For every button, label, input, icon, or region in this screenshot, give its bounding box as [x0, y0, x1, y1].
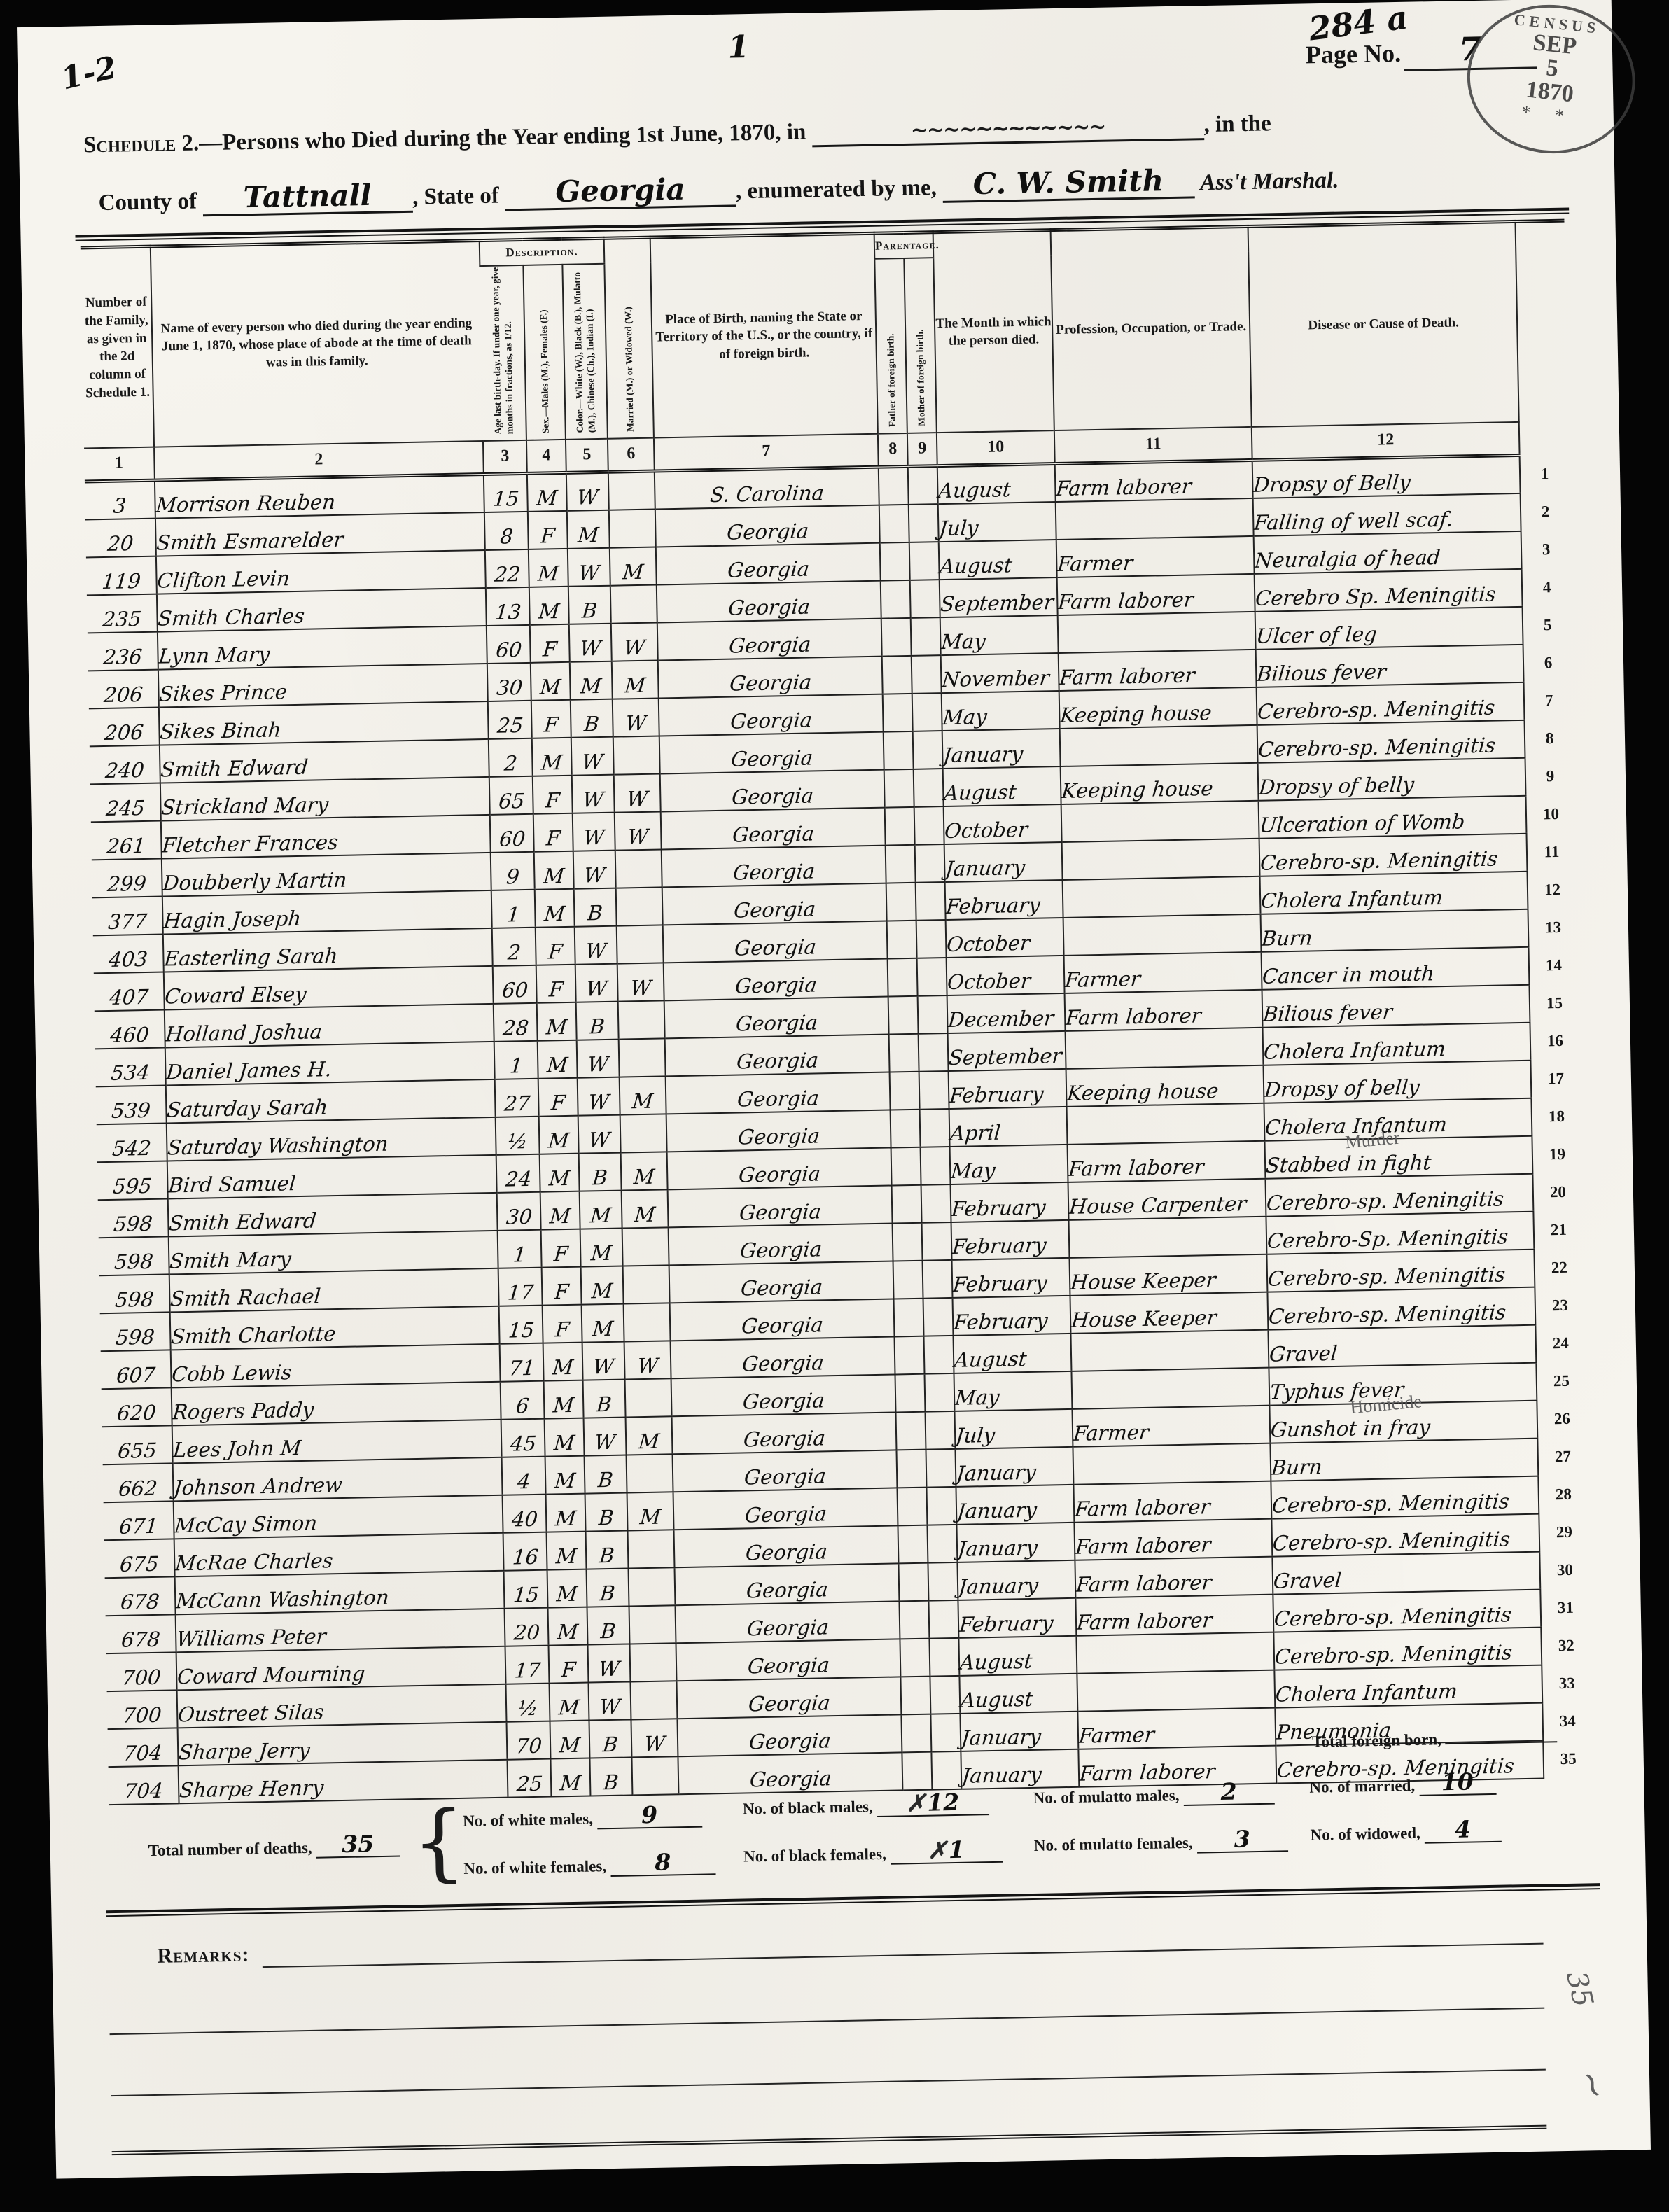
cell-sex: F	[533, 813, 573, 851]
cell-sex-text: F	[548, 977, 564, 1001]
cell-family-text: 206	[104, 720, 144, 744]
cell-marital	[629, 1567, 676, 1606]
cell-marital-text: W	[624, 710, 648, 735]
cell-line-number: 27	[1537, 1437, 1587, 1476]
margin-pencil-scribble-2: ~	[1567, 2063, 1618, 2106]
cell-birthplace-text: Georgia	[739, 1237, 823, 1262]
cell-cause-text: Cerebro Sp. Meningitis	[1255, 582, 1497, 610]
cell-month-text: February	[949, 1081, 1045, 1107]
cell-sex-text: M	[557, 1619, 580, 1644]
cell-line-number: 20	[1532, 1172, 1582, 1211]
cell-family-text: 542	[111, 1135, 152, 1160]
cell-color: W	[578, 1114, 621, 1153]
cell-cause: Stabbed in fightMurder	[1265, 1135, 1533, 1178]
cell-line-number: 30	[1539, 1550, 1589, 1589]
cell-birthplace-text: Georgia	[736, 1123, 820, 1149]
cell-line-number: 33	[1542, 1664, 1591, 1702]
cell-occupation	[1066, 1027, 1264, 1068]
cell-birthplace: Georgia	[656, 542, 881, 584]
cell-marital-text: W	[627, 824, 650, 848]
cell-name-text: Sikes Binah	[159, 717, 282, 743]
black-males-scribble: ✗	[906, 1789, 921, 1816]
cell-age-text: 27	[503, 1091, 531, 1115]
cell-month-text: August	[943, 780, 1017, 805]
cell-cause-text: Cerebro-sp. Meningitis	[1257, 695, 1496, 723]
cell-name-text: Smith Charlotte	[170, 1322, 337, 1348]
cell-name: Fletcher Frances	[161, 814, 491, 858]
cell-father-fb	[887, 920, 917, 958]
col-head-father: Father of foreign birth.	[874, 258, 907, 433]
scanned-film-background: 1-2 1 284 a Page No. 7 CENSUS SEP 5 1870…	[0, 0, 1669, 2212]
mulatto-males-value: 2	[1220, 1778, 1237, 1805]
cell-mother-fb	[917, 958, 947, 996]
cell-color: W	[587, 1644, 630, 1682]
cell-cause-text: Neuralgia of head	[1254, 545, 1441, 572]
cell-name-text: Fletcher Frances	[161, 829, 340, 857]
cell-cause: Cerebro-sp. Meningitis	[1271, 1476, 1539, 1518]
cell-family-text: 678	[120, 1627, 161, 1651]
cell-birthplace-text: Georgia	[738, 1199, 822, 1224]
cell-color: W	[575, 925, 617, 964]
cell-marital-text: W	[623, 635, 646, 659]
cell-marital	[629, 1605, 676, 1644]
cell-birthplace: Georgia	[669, 1261, 894, 1303]
cell-father-fb	[898, 1562, 928, 1601]
county-label: County of	[98, 188, 197, 216]
cell-family: 671	[104, 1501, 174, 1540]
cell-age-text: 2	[507, 940, 522, 964]
cell-birthplace-text: Georgia	[746, 1615, 830, 1640]
cell-line-number: 28	[1538, 1475, 1588, 1513]
cell-age-text: 60	[498, 826, 526, 850]
cell-birthplace-text: Georgia	[740, 1312, 824, 1338]
cell-father-fb	[881, 580, 911, 618]
cell-month: February	[952, 1257, 1070, 1297]
cell-occupation: Farm laborer	[1074, 1518, 1272, 1560]
cell-color: W	[575, 963, 618, 1002]
cell-marital	[613, 736, 660, 774]
cell-occupation-text: Farmer	[1064, 966, 1142, 991]
cell-name: McCay Simon	[174, 1494, 503, 1539]
cell-age-text: 30	[495, 675, 523, 700]
cell-occupation	[1069, 1216, 1267, 1257]
cell-occupation-text: House Keeper	[1070, 1305, 1217, 1332]
cell-family: 655	[102, 1425, 173, 1464]
cell-month-text: January	[956, 1459, 1038, 1485]
cell-father-fb	[884, 731, 914, 769]
cell-family: 595	[97, 1161, 168, 1200]
cell-color: B	[583, 1379, 626, 1417]
cell-month-text: February	[952, 1270, 1048, 1296]
cell-birthplace: Georgia	[657, 580, 881, 622]
line-number-text: 25	[1553, 1371, 1570, 1389]
line-number-text: 4	[1543, 578, 1551, 596]
cell-father-fb	[895, 1373, 926, 1412]
cell-name: Smith Charles	[157, 587, 487, 631]
line-number-margin	[1516, 220, 1569, 455]
cell-line-number: 7	[1524, 681, 1574, 720]
cell-cause: Cerebro-sp. Meningitis	[1257, 682, 1525, 724]
black-females-label: No. of black females,	[743, 1845, 886, 1865]
col-head-married: Married (M.) or Widowed (W.)	[604, 237, 654, 438]
cell-name-text: McCann Washington	[175, 1585, 390, 1613]
cell-marital	[624, 1303, 671, 1341]
cell-name-text: Smith Mary	[169, 1247, 292, 1273]
cell-color-text: W	[585, 938, 608, 962]
white-males-label: No. of white males,	[463, 1809, 593, 1829]
cell-marital: M	[621, 1151, 668, 1190]
cell-occupation	[1061, 800, 1259, 841]
cell-line-number: 11	[1527, 832, 1577, 871]
cell-family: 240	[90, 745, 160, 784]
widowed-label: No. of widowed,	[1310, 1824, 1420, 1844]
black-females-scribble: ✗	[928, 1836, 943, 1863]
cell-color-text: M	[592, 1316, 615, 1340]
county-value: Tattnall	[243, 178, 372, 214]
cell-age: 60	[487, 624, 531, 663]
col-num-6: 6	[608, 437, 655, 472]
cell-family: 261	[91, 820, 162, 860]
cell-birthplace-text: Georgia	[726, 519, 810, 544]
cell-age: 2	[492, 927, 536, 965]
cell-age: 22	[485, 549, 529, 587]
cell-name-text: Smith Esmarelder	[155, 527, 344, 554]
line-number-text: 9	[1546, 767, 1555, 785]
cell-color-text: B	[583, 712, 600, 736]
cell-cause-text: Cholera Infantum	[1260, 885, 1444, 912]
white-females: No. of white females, 8	[463, 1853, 715, 1879]
cell-color-text: B	[598, 1505, 615, 1529]
cell-family: 607	[101, 1350, 172, 1389]
cell-marital: M	[626, 1416, 673, 1455]
cell-sex-text: F	[542, 637, 558, 661]
cell-line-number: 10	[1526, 794, 1576, 833]
cell-name: Saturday Sarah	[166, 1079, 496, 1123]
cell-age-text: 71	[508, 1355, 536, 1380]
cell-age: 8	[484, 511, 529, 549]
total-deaths-value: 35	[342, 1830, 375, 1858]
cell-month-text: December	[947, 1006, 1055, 1032]
cell-occupation-text: Farm laborer	[1057, 587, 1194, 614]
cell-birthplace: Georgia	[662, 845, 886, 887]
cell-cause: Cerebro-sp. Meningitis	[1266, 1249, 1535, 1291]
cell-age-text: 1	[506, 902, 521, 926]
cell-color: B	[576, 1001, 619, 1039]
cell-age-text: 24	[504, 1166, 532, 1191]
cell-father-fb	[888, 995, 919, 1034]
cell-line-number: 16	[1530, 1021, 1579, 1060]
cell-marital	[623, 1265, 670, 1303]
cell-father-fb	[884, 769, 914, 807]
cell-family-text: 3	[112, 493, 127, 517]
cell-month-text: January	[942, 741, 1024, 766]
cell-cause-text: Ulceration of Womb	[1259, 809, 1466, 836]
cell-birthplace: Georgia	[657, 618, 882, 660]
cell-name-text: McRae Charles	[174, 1548, 334, 1575]
cell-marital	[619, 1038, 666, 1077]
cell-sex-text: F	[561, 1657, 577, 1681]
cell-birthplace: Georgia	[665, 1034, 890, 1076]
cell-color-text: W	[588, 1127, 611, 1151]
cell-color: M	[581, 1266, 624, 1304]
col-head-married-text: Married (M.) or Widowed (W.)	[622, 307, 636, 432]
cell-birthplace-text: Georgia	[730, 745, 814, 771]
cell-sex-text: M	[539, 675, 562, 699]
cell-line-number: 8	[1525, 719, 1574, 757]
col-head-cause: Disease or Cause of Death.	[1248, 221, 1519, 426]
line-number-text: 35	[1560, 1749, 1577, 1767]
cell-birthplace-text: Georgia	[748, 1728, 832, 1753]
cell-month: August	[937, 464, 1056, 504]
cell-month: February	[945, 879, 1063, 919]
cell-father-fb	[886, 882, 916, 920]
cell-birthplace-text: Georgia	[732, 897, 816, 922]
cell-sex-text: M	[556, 1581, 579, 1606]
cell-birthplace: Georgia	[671, 1336, 895, 1378]
cell-color: B	[574, 888, 617, 926]
cell-month-text: January	[944, 855, 1026, 880]
cell-name-text: Daniel James H.	[165, 1057, 333, 1084]
cell-name-text: Johnson Andrew	[173, 1472, 344, 1499]
cell-family-text: 240	[104, 757, 145, 782]
cell-occupation-text: Farm laborer	[1076, 1608, 1213, 1634]
cell-cause-text: Dropsy of belly	[1264, 1074, 1421, 1101]
cell-sex: M	[531, 661, 571, 700]
cell-occupation: Keeping house	[1066, 1065, 1264, 1106]
col-num-9: 9	[907, 433, 937, 467]
cell-family: 407	[94, 972, 165, 1011]
cell-marital	[630, 1643, 677, 1681]
cell-cause-text: Gravel	[1269, 1340, 1339, 1366]
col-head-sex-text: Sex.—Males (M.), Females (F.)	[538, 309, 552, 433]
cell-birthplace-text: Georgia	[734, 972, 818, 997]
cell-mother-fb	[919, 1070, 949, 1109]
top-tick-mark: 1	[727, 29, 750, 66]
cell-month: May	[942, 691, 1060, 731]
cell-name-text: Smith Edward	[168, 1208, 317, 1235]
cell-mother-fb	[913, 731, 943, 769]
cell-occupation	[1077, 1669, 1275, 1711]
cell-name-text: Easterling Sarah	[163, 943, 339, 970]
cell-color: B	[568, 585, 611, 624]
cell-family-text: 377	[107, 909, 148, 933]
marshal-label: Ass't Marshal.	[1200, 168, 1339, 196]
cell-cause-text: Ulcer of leg	[1255, 622, 1378, 647]
cell-birthplace: Georgia	[660, 769, 885, 811]
cell-occupation: Farm laborer	[1068, 1140, 1266, 1182]
cell-sex-text: M	[537, 561, 560, 586]
cell-cause-text: Stabbed in fight	[1265, 1150, 1432, 1177]
cell-birthplace: S. Carolina	[655, 467, 879, 509]
line-number-text: 13	[1545, 918, 1561, 935]
col-num-5: 5	[566, 438, 608, 472]
enumerated-label: , enumerated by me,	[736, 175, 937, 204]
cell-name: Smith Charlotte	[170, 1305, 500, 1350]
cell-color-text: B	[581, 598, 598, 622]
state-label: , State of	[412, 183, 499, 210]
cell-occupation-text: Keeping house	[1061, 776, 1214, 802]
cell-birthplace-text: Georgia	[737, 1161, 821, 1186]
cell-color-text: W	[578, 560, 601, 584]
cell-birthplace: Georgia	[668, 1185, 893, 1227]
cell-sex-text: M	[549, 1203, 572, 1228]
pencil-annotation: Murder	[1344, 1127, 1400, 1153]
cell-marital	[628, 1529, 675, 1568]
black-females: No. of black females, ✗1	[743, 1841, 1003, 1868]
line-number-text: 20	[1550, 1182, 1566, 1200]
cell-name: Smith Mary	[169, 1230, 498, 1274]
cell-month: July	[955, 1408, 1073, 1448]
cell-name-text: Sharpe Jerry	[178, 1737, 311, 1763]
married-label: No. of married,	[1309, 1777, 1415, 1796]
cell-month: January	[960, 1711, 1078, 1751]
cell-month: January	[944, 841, 1063, 881]
cell-cause: Bilious fever	[1256, 644, 1524, 687]
married-total: No. of married, 10	[1309, 1773, 1496, 1798]
cell-name: Coward Elsey	[164, 965, 494, 1009]
cell-name: Smith Esmarelder	[155, 512, 485, 556]
cell-sex: M	[547, 1569, 587, 1607]
cell-name: Hagin Joseph	[162, 890, 492, 934]
line-number-text: 7	[1545, 692, 1553, 709]
line-number-text: 28	[1556, 1485, 1572, 1502]
mulatto-males-label: No. of mulatto males,	[1033, 1786, 1179, 1807]
cell-occupation-text: Keeping house	[1066, 1078, 1220, 1105]
cell-family: 704	[108, 1728, 179, 1767]
line-number-text: 14	[1546, 955, 1562, 973]
cell-color: B	[571, 699, 613, 737]
cell-color: W	[573, 812, 615, 850]
cell-cause-text: Bilious fever	[1262, 1000, 1394, 1025]
cell-month: April	[949, 1106, 1068, 1146]
col-head-color: Color.—White (W.), Black (B.), Mulatto (…	[562, 263, 608, 439]
mulatto-females-value: 3	[1234, 1825, 1250, 1852]
cell-mother-fb	[928, 1599, 958, 1638]
cell-sex: M	[527, 472, 567, 511]
cell-month-text: January	[961, 1724, 1042, 1749]
cell-father-fb	[882, 655, 912, 694]
cell-occupation-text: Farm laborer	[1059, 663, 1196, 689]
cell-birthplace: Georgia	[673, 1450, 898, 1492]
cell-occupation-text: Farmer	[1056, 551, 1134, 576]
cell-birthplace-text: Georgia	[727, 594, 811, 619]
cell-cause-text: Cerebro-sp. Meningitis	[1257, 733, 1497, 761]
cell-marital	[617, 925, 664, 963]
cell-cause: Bilious fever	[1262, 984, 1530, 1027]
cell-birthplace: Georgia	[677, 1714, 902, 1756]
cell-line-number: 21	[1533, 1210, 1583, 1249]
cell-sex: M	[532, 737, 572, 776]
white-males: No. of white males, 9	[463, 1806, 702, 1832]
cell-color: M	[570, 661, 613, 699]
cell-month: January	[956, 1522, 1075, 1562]
cell-name: Morrison Reuben	[155, 475, 484, 519]
cell-sex: F	[531, 699, 571, 738]
black-males-label: No. of black males,	[743, 1798, 873, 1817]
cell-occupation: Farm laborer	[1075, 1556, 1273, 1597]
cell-occupation	[1073, 1443, 1271, 1484]
cell-birthplace: Georgia	[674, 1525, 899, 1567]
cell-cause-text: Cerebro-sp. Meningitis	[1259, 846, 1499, 874]
cell-month-text: September	[940, 590, 1054, 616]
cell-family-text: 20	[106, 531, 134, 556]
cell-mother-fb	[916, 882, 946, 920]
cell-name-text: Smith Rachael	[169, 1284, 322, 1310]
cell-cause: Cerebro-sp. Meningitis	[1267, 1287, 1535, 1329]
col-head-family: Number of the Family, as given in the 2d…	[81, 246, 154, 448]
cell-line-number: 2	[1521, 492, 1570, 531]
cell-month: October	[947, 955, 1065, 995]
cell-mother-fb	[921, 1184, 951, 1222]
cell-family-text: 671	[118, 1513, 159, 1538]
cell-color-text: M	[590, 1240, 613, 1265]
cell-marital: W	[611, 622, 658, 661]
cell-family-text: 407	[109, 984, 149, 1009]
cell-age-text: 16	[511, 1544, 539, 1569]
line-number-text: 1	[1541, 465, 1549, 482]
cell-name: Rogers Paddy	[172, 1381, 501, 1425]
cell-cause: Neuralgia of head	[1254, 531, 1522, 573]
cell-birthplace: Georgia	[663, 920, 888, 962]
schedule-lead: Schedule 2.	[83, 130, 200, 157]
cell-occupation	[1071, 1329, 1269, 1371]
cell-occupation	[1060, 724, 1258, 766]
cell-cause: Falling of well scaf.	[1253, 493, 1521, 535]
cell-family-text: 678	[120, 1589, 160, 1613]
cell-age-text: 15	[507, 1317, 535, 1342]
cell-marital: M	[612, 660, 659, 699]
cell-color-text: B	[600, 1618, 617, 1642]
cell-occupation	[1067, 1102, 1265, 1144]
cell-name-text: Lynn Mary	[158, 642, 271, 668]
remarks-line-4	[112, 2125, 1547, 2156]
cell-age-text: 17	[506, 1280, 534, 1304]
col-num-12: 12	[1252, 421, 1520, 460]
cell-family: 598	[99, 1274, 170, 1313]
cell-occupation-text: Farm laborer	[1068, 1154, 1205, 1181]
cell-color: B	[585, 1455, 627, 1493]
cell-occupation: Keeping house	[1059, 687, 1257, 728]
cell-family: 3	[85, 480, 155, 519]
cell-name: Smith Rachael	[169, 1268, 499, 1312]
cell-color: W	[588, 1681, 631, 1720]
cell-cause-text: Cerebro-sp. Meningitis	[1268, 1300, 1507, 1328]
cell-name: Oustreet Silas	[177, 1683, 507, 1728]
cell-mother-fb	[911, 617, 941, 656]
cell-line-number: 13	[1528, 908, 1578, 946]
cell-cause-text: Cerebro-sp. Meningitis	[1271, 1489, 1511, 1517]
cell-cause-text: Burn	[1271, 1455, 1323, 1479]
line-number-text: 19	[1549, 1144, 1565, 1162]
mortality-schedule-sheet: 1-2 1 284 a Page No. 7 CENSUS SEP 5 1870…	[17, 0, 1651, 2179]
cell-birthplace: Georgia	[662, 883, 887, 925]
cell-color: B	[587, 1606, 630, 1644]
cell-marital-text: W	[636, 1353, 659, 1378]
cell-cause: Burn	[1261, 909, 1529, 951]
line-number-text: 3	[1542, 540, 1551, 558]
col-num-8: 8	[878, 433, 908, 467]
cell-name-text: Morrison Reuben	[155, 489, 336, 517]
census-date-stamp: CENSUS SEP 5 1870 * *	[1460, 0, 1642, 162]
col-head-sex: Sex.—Males (M.), Females (F.)	[523, 264, 566, 440]
cell-mother-fb	[926, 1486, 956, 1525]
cell-sex: F	[528, 510, 568, 549]
cell-occupation-text: Farm laborer	[1075, 1570, 1213, 1597]
cell-line-number: 4	[1522, 568, 1572, 606]
cell-sex: M	[535, 888, 575, 927]
cell-name: Smith Edward	[160, 738, 489, 783]
cell-occupation	[1062, 838, 1260, 879]
